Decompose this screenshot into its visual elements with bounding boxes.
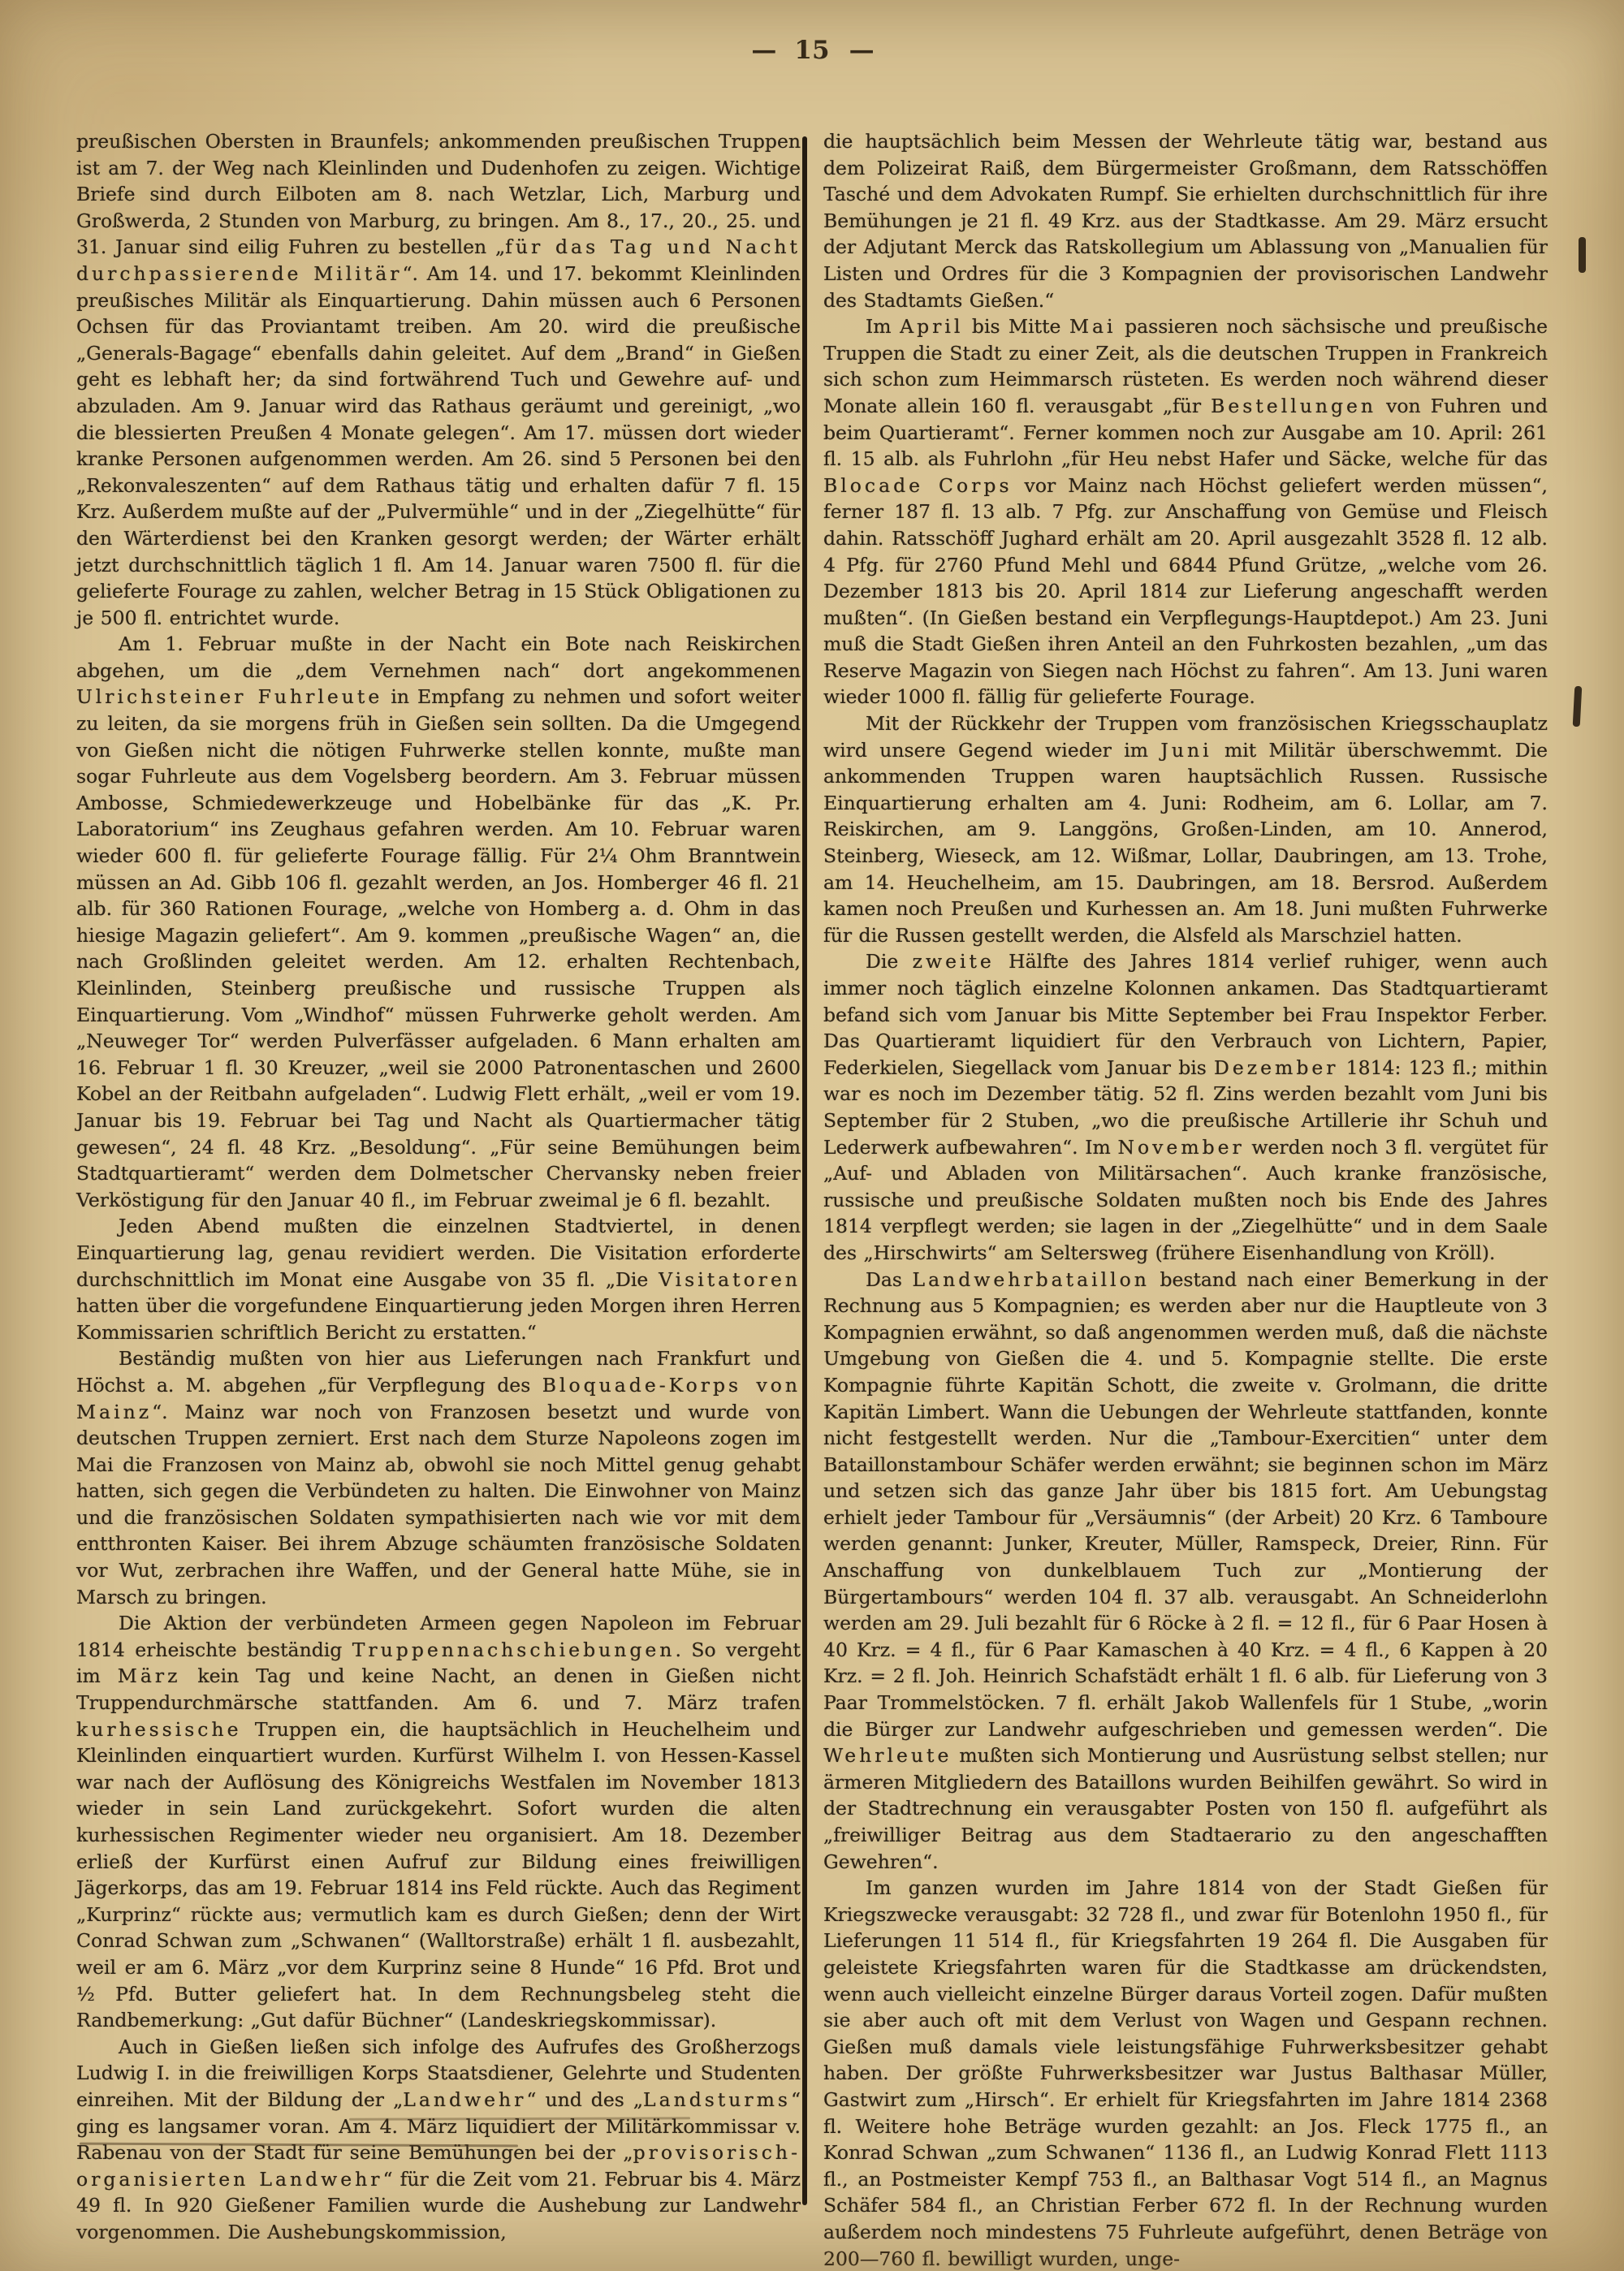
ink-smudge-mark xyxy=(1573,686,1583,727)
paragraph: Mit der Rückkehr der Truppen vom französ… xyxy=(823,710,1548,948)
letterspaced-emphasis: Wehrleute xyxy=(823,1744,952,1767)
paragraph: preußischen Obersten in Braunfels; ankom… xyxy=(76,128,801,631)
book-page-scan: —15— preußischen Obersten in Braunfels; … xyxy=(0,0,1624,2271)
paragraph: Beständig mußten von hier aus Lieferunge… xyxy=(76,1345,801,1610)
text-segment: “ und des „ xyxy=(526,2088,643,2111)
text-segment: Im ganzen wurden im Jahre 1814 von der S… xyxy=(823,1876,1548,2269)
letterspaced-emphasis: Ulrichsteiner Fuhrleute xyxy=(76,685,382,708)
header-dash-right: — xyxy=(849,36,873,65)
page-number: 15 xyxy=(794,36,829,65)
ink-smudge-mark xyxy=(1579,237,1586,273)
text-segment: die hauptsächlich beim Messen der Wehrle… xyxy=(823,130,1548,312)
text-segment: “. Mainz war noch von Franzosen besetzt … xyxy=(76,1401,801,1608)
letterspaced-emphasis: Landsturms xyxy=(643,2088,791,2111)
paragraph: Im ganzen wurden im Jahre 1814 von der S… xyxy=(823,1875,1548,2271)
paragraph: Jeden Abend mußten die einzelnen Stadtvi… xyxy=(76,1213,801,1345)
text-segment: bestand nach einer Bemerkung in der Rech… xyxy=(823,1268,1548,1741)
letterspaced-emphasis: Landwehr xyxy=(403,2088,526,2111)
left-text-column: preußischen Obersten in Braunfels; ankom… xyxy=(76,128,801,2246)
text-segment: hatten über die vorgefundene Einquartier… xyxy=(76,1294,801,1344)
paragraph: Die zweite Hälfte des Jahres 1814 verlie… xyxy=(823,948,1548,1266)
paragraph: Im April bis Mitte Mai passieren noch sä… xyxy=(823,313,1548,710)
header-dash-left: — xyxy=(751,36,775,65)
column-divider-rule xyxy=(802,136,807,2205)
text-segment: “. Am 14. und 17. bekommt Kleinlinden pr… xyxy=(76,262,801,629)
text-segment: kein Tag und keine Nacht, an denen in Gi… xyxy=(76,1664,801,1714)
paragraph: Am 1. Februar mußte in der Nacht ein Bot… xyxy=(76,631,801,1213)
letterspaced-emphasis: Juni xyxy=(1160,739,1212,762)
text-segment: mit Militär überschwemmt. Die ankommende… xyxy=(823,739,1548,947)
text-segment: bis Mitte xyxy=(963,315,1069,338)
text-segment: Das xyxy=(866,1268,912,1291)
letterspaced-emphasis: April xyxy=(900,315,963,338)
letterspaced-emphasis: Dezember xyxy=(1214,1056,1338,1079)
paragraph: Auch in Gießen ließen sich infolge des A… xyxy=(76,2034,801,2246)
letterspaced-emphasis: Landwehrbataillon xyxy=(912,1268,1149,1291)
right-text-column: die hauptsächlich beim Messen der Wehrle… xyxy=(823,128,1548,2271)
paragraph: die hauptsächlich beim Messen der Wehrle… xyxy=(823,128,1548,313)
letterspaced-emphasis: November xyxy=(1117,1136,1244,1159)
letterspaced-emphasis: Truppennachschiebungen xyxy=(352,1638,676,1661)
page-header: —15— xyxy=(0,36,1624,65)
letterspaced-emphasis: Blocade Corps xyxy=(823,474,1013,497)
paragraph: Die Aktion der verbündeten Armeen gegen … xyxy=(76,1610,801,2034)
text-segment: Truppen ein, die hauptsächlich in Heuche… xyxy=(76,1718,801,2032)
letterspaced-emphasis: zweite xyxy=(913,950,995,973)
letterspaced-emphasis: kurhessische xyxy=(76,1718,242,1741)
letterspaced-emphasis: Visitatoren xyxy=(659,1268,801,1291)
letterspaced-emphasis: Bestellungen xyxy=(1211,395,1376,417)
letterspaced-emphasis: März xyxy=(118,1664,181,1687)
paragraph: Das Landwehrbataillon bestand nach einer… xyxy=(823,1267,1548,1876)
text-segment: in Empfang zu nehmen und sofort weiter z… xyxy=(76,685,801,1211)
text-segment: Die xyxy=(866,950,913,973)
text-segment: Am 1. Februar mußte in der Nacht ein Bot… xyxy=(76,633,801,682)
text-segment: Im xyxy=(866,315,900,338)
text-segment: vor Mainz nach Höchst geliefert werden m… xyxy=(823,474,1548,709)
letterspaced-emphasis: Mai xyxy=(1069,315,1116,338)
